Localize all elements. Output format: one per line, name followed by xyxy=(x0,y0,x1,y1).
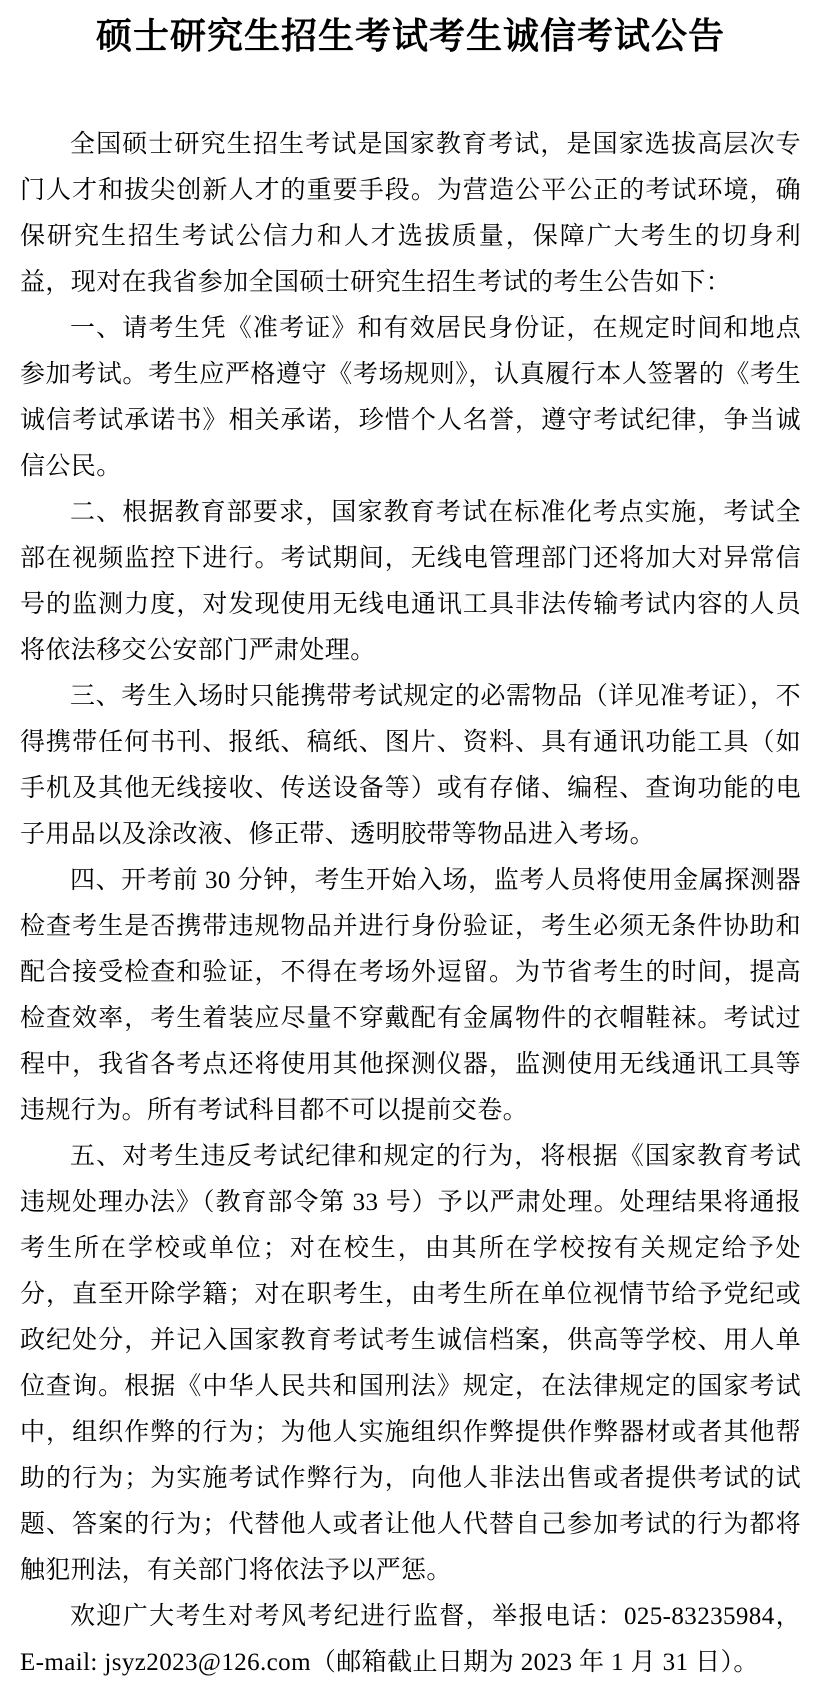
document-body: 全国硕士研究生招生考试是国家教育考试，是国家选拔高层次专门人才和拔尖创新人才的重… xyxy=(20,122,801,1686)
document-title: 硕士研究生招生考试考生诚信考试公告 xyxy=(20,12,801,60)
paragraph-rule-2: 二、根据教育部要求，国家教育考试在标准化考点实施，考试全部在视频监控下进行。考试… xyxy=(20,490,801,674)
paragraph-rule-5: 五、对考生违反考试纪律和规定的行为，将根据《国家教育考试违规处理办法》（教育部令… xyxy=(20,1134,801,1594)
exam-integrity-announcement: 硕士研究生招生考试考生诚信考试公告 全国硕士研究生招生考试是国家教育考试，是国家… xyxy=(0,0,829,1686)
paragraph-rule-4: 四、开考前 30 分钟，考生开始入场，监考人员将使用金属探测器检查考生是否携带违… xyxy=(20,858,801,1134)
paragraph-intro: 全国硕士研究生招生考试是国家教育考试，是国家选拔高层次专门人才和拔尖创新人才的重… xyxy=(20,122,801,306)
paragraph-rule-1: 一、请考生凭《准考证》和有效居民身份证，在规定时间和地点参加考试。考生应严格遵守… xyxy=(20,306,801,490)
paragraph-rule-3: 三、考生入场时只能携带考试规定的必需物品（详见准考证），不得携带任何书刊、报纸、… xyxy=(20,674,801,858)
paragraph-contact: 欢迎广大考生对考风考纪进行监督，举报电话：025-83235984，E-mail… xyxy=(20,1594,801,1686)
